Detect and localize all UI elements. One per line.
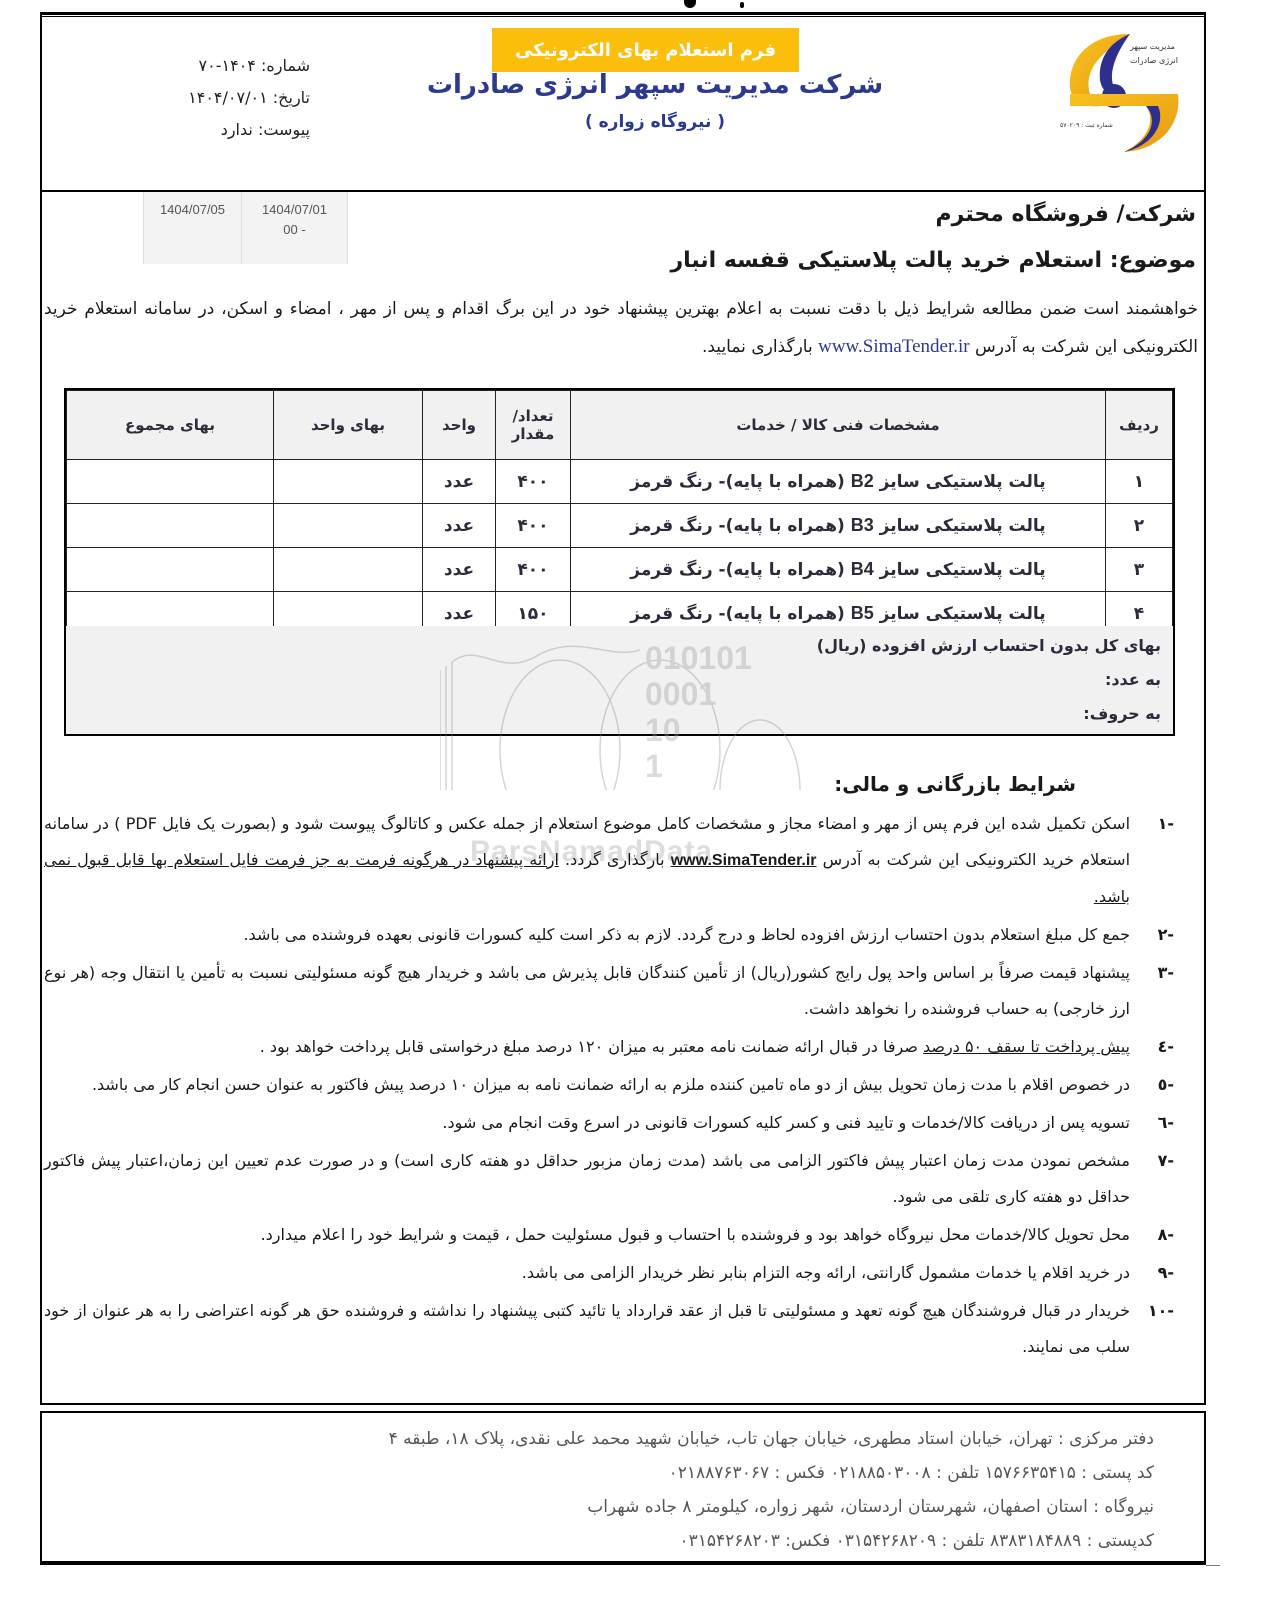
letter-attachment: پیوست: ندارد xyxy=(150,114,310,146)
items-table: ردیف مشخصات فنی کالا / خدمات تعداد/ مقدا… xyxy=(66,390,1173,636)
end-date: 1404/07/05 xyxy=(144,200,241,220)
header-unit: واحد xyxy=(423,391,496,460)
number-value: ۱۴۰۴-۷۰ xyxy=(199,56,256,75)
total-in-numbers-label: به عدد: xyxy=(1105,670,1161,689)
item-unit: عدد xyxy=(423,548,496,592)
watermark-binary: 010101 0001 10 1 xyxy=(645,640,752,784)
total-price-field[interactable] xyxy=(67,460,274,504)
company-logo: مدیریت سپهر انرژی صادرات شماره ثبت : ۵۷۰… xyxy=(1060,28,1190,158)
term-item: -٦تسویه پس از دریافت کالا/خدمات و تایید … xyxy=(44,1105,1174,1141)
start-time: 00 - xyxy=(242,220,347,240)
terms-list: -۱ اسکن تکمیل شده این فرم پس از مهر و ام… xyxy=(44,806,1174,1367)
item-description: پالت پلاستیکی سایز B4 (همراه با پایه)- ر… xyxy=(571,548,1106,592)
attachment-value: ندارد xyxy=(221,120,253,139)
term-website-link[interactable]: www.SimaTender.ir xyxy=(671,852,817,869)
logo-text-line2: انرژی صادرات xyxy=(1130,56,1178,65)
item-quantity: ۴۰۰ xyxy=(496,460,571,504)
intro-text-1: خواهشمند است ضمن مطالعه شرایط ذیل با دقت… xyxy=(44,299,1198,357)
table-row: ۳ پالت پلاستیکی سایز B4 (همراه با پایه)-… xyxy=(67,548,1173,592)
letter-meta: شماره: ۱۴۰۴-۷۰ تاریخ: ۱۴۰۴/۰۷/۰۱ پیوست: … xyxy=(150,50,310,146)
watermark-logo: 010101 0001 10 1 xyxy=(440,640,820,790)
term-item: -۲جمع کل مبلغ استعلام بدون احتساب ارزش ا… xyxy=(44,917,1174,953)
date-value: ۱۴۰۴/۰۷/۰۱ xyxy=(188,88,268,107)
head-office-contact: کد پستی : ۱۵۷۶۶۳۵۴۱۵ تلفن : ۰۲۱۸۸۵۰۳۰۰۸ … xyxy=(389,1456,1154,1490)
plant-name: ( نیروگاه زواره ) xyxy=(480,112,830,132)
term-item: -٥در خصوص اقلام با مدت زمان تحویل بیش از… xyxy=(44,1067,1174,1103)
header-row-number: ردیف xyxy=(1106,391,1173,460)
end-date-cell: 1404/07/05 xyxy=(144,192,241,264)
term-item: -۱ اسکن تکمیل شده این فرم پس از مهر و ام… xyxy=(44,806,1174,915)
terms-title: شرایط بازرگانی و مالی: xyxy=(834,772,1076,796)
term-item: -۹در خرید اقلام یا خدمات مشمول گارانتی، … xyxy=(44,1255,1174,1291)
header-description: مشخصات فنی کالا / خدمات xyxy=(571,391,1106,460)
row-number: ۲ xyxy=(1106,504,1173,548)
unit-price-field[interactable] xyxy=(274,548,423,592)
item-quantity: ۴۰۰ xyxy=(496,548,571,592)
term-item: -۳پیشنهاد قیمت صرفاً بر اساس واحد پول را… xyxy=(44,955,1174,1027)
intro-text-2: بارگذاری نمایید. xyxy=(702,337,813,357)
row-number: ۱ xyxy=(1106,460,1173,504)
letter-date: تاریخ: ۱۴۰۴/۰۷/۰۱ xyxy=(150,82,310,114)
total-price-field[interactable] xyxy=(67,548,274,592)
company-name: شرکت مدیریت سپهر انرژی صادرات xyxy=(420,70,890,100)
total-in-words-label: به حروف: xyxy=(1083,704,1161,723)
start-date-cell: 1404/07/01 00 - xyxy=(241,192,347,264)
form-title-badge: فرم استعلام بهای الکترونیکی xyxy=(492,28,799,72)
row-number: ۳ xyxy=(1106,548,1173,592)
unit-price-field[interactable] xyxy=(274,460,423,504)
total-price-field[interactable] xyxy=(67,504,274,548)
plant-address: نیروگاه : استان اصفهان، شهرستان اردستان،… xyxy=(389,1490,1154,1524)
plant-contact: کدپستی : ۸۳۸۳۱۸۴۸۸۹ تلفن : ۰۳۱۵۴۲۶۸۲۰۹ ف… xyxy=(389,1524,1154,1558)
footer-contact: دفتر مرکزی : تهران، خیابان استاد مطهری، … xyxy=(389,1422,1154,1558)
table-row: ۱ پالت پلاستیکی سایز B2 (همراه با پایه)-… xyxy=(67,460,1173,504)
number-label: شماره: xyxy=(261,56,310,75)
term-item: -۷مشخص نمودن مدت زمان اعتبار پیش فاکتور … xyxy=(44,1143,1174,1215)
salutation: شرکت/ فروشگاه محترم xyxy=(936,202,1196,227)
head-office-address: دفتر مرکزی : تهران، خیابان استاد مطهری، … xyxy=(389,1422,1154,1456)
letter-number: شماره: ۱۴۰۴-۷۰ xyxy=(150,50,310,82)
watermark-book-icon xyxy=(440,640,820,790)
intro-website-link[interactable]: www.SimaTender.ir xyxy=(818,336,970,357)
attachment-label: پیوست: xyxy=(258,120,310,139)
header-quantity: تعداد/ مقدار xyxy=(496,391,571,460)
header-unit-price: بهای واحد xyxy=(274,391,423,460)
term-item: -۱۰خریدار در قبال فروشندگان هیچ گونه تعه… xyxy=(44,1293,1174,1365)
date-label: تاریخ: xyxy=(273,88,310,107)
date-stamp-box: 1404/07/05 1404/07/01 00 - xyxy=(143,192,348,264)
term-item: -۸محل تحویل کالا/خدمات محل نیروگاه خواهد… xyxy=(44,1217,1174,1253)
item-unit: عدد xyxy=(423,460,496,504)
table-header-row: ردیف مشخصات فنی کالا / خدمات تعداد/ مقدا… xyxy=(67,391,1173,460)
subject-line: موضوع: استعلام خرید پالت پلاستیکی قفسه ا… xyxy=(670,248,1196,273)
unit-price-field[interactable] xyxy=(274,504,423,548)
logo-text-line1: مدیریت سپهر xyxy=(1130,42,1175,51)
start-date: 1404/07/01 xyxy=(242,200,347,220)
header-total-price: بهای مجموع xyxy=(67,391,274,460)
item-description: پالت پلاستیکی سایز B2 (همراه با پایه)- ر… xyxy=(571,460,1106,504)
footer-line-extension xyxy=(1206,1565,1220,1566)
totals-title: بهای کل بدون احتساب ارزش افزوده (ریال) xyxy=(817,636,1161,655)
item-quantity: ۴۰۰ xyxy=(496,504,571,548)
term-item: -٤پیش پرداخت تا سقف ۵۰ درصد صرفا در قبال… xyxy=(44,1029,1174,1065)
page-frame-top-double-line xyxy=(40,12,1206,17)
intro-paragraph: خواهشمند است ضمن مطالعه شرایط ذیل با دقت… xyxy=(44,290,1198,366)
item-description: پالت پلاستیکی سایز B3 (همراه با پایه)- ر… xyxy=(571,504,1106,548)
table-row: ۲ پالت پلاستیکی سایز B3 (همراه با پایه)-… xyxy=(67,504,1173,548)
clipped-header-glyphs xyxy=(560,0,760,12)
logo-registration: شماره ثبت : ۵۷۰۲۰۹ xyxy=(1060,122,1113,129)
item-unit: عدد xyxy=(423,504,496,548)
